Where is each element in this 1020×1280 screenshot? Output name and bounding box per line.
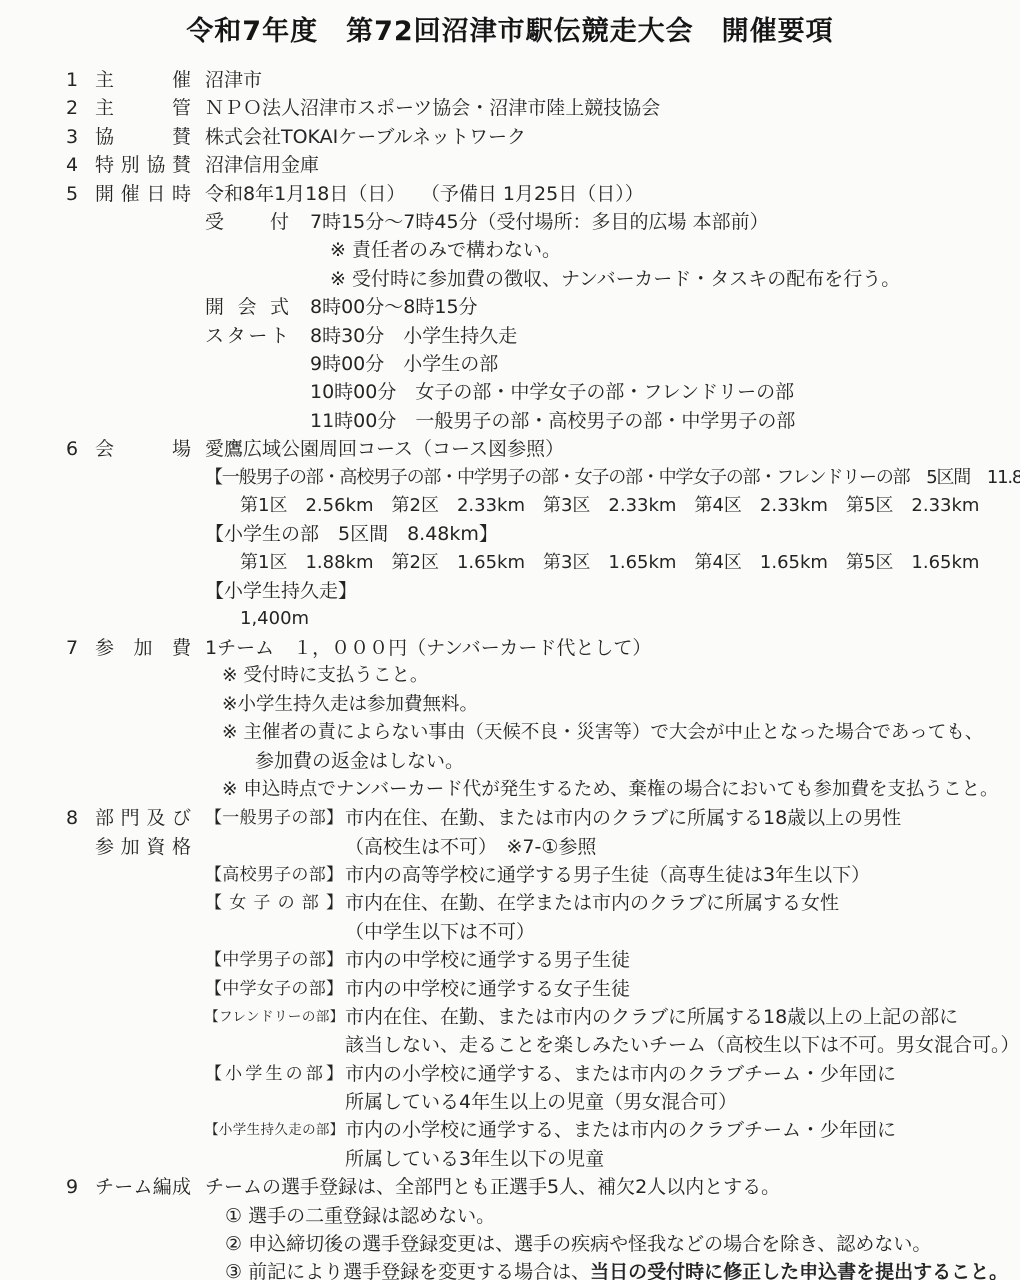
line-text: ※ 主催者の責によらない事由（天候不良・災害等）で大会が中止となった場合であって… (222, 722, 983, 743)
doc-line: 8部門及び【一般男子の部】市内在住、在勤、または市内のクラブに所属する18歳以上… (0, 804, 1020, 832)
line-text: 所属している4年生以上の児童（男女混合可） (345, 1091, 737, 1113)
line-text: 沼津市 (205, 69, 262, 91)
line-text: 8時30分 小学生持久走 (310, 325, 517, 347)
doc-line: 9チーム編成チームの選手登録は、全部門とも正選手5人、補欠2人以内とする。 (0, 1173, 1020, 1201)
line-text: 市内在住、在勤、または市内のクラブに所属する18歳以上の男性 (345, 807, 901, 829)
item-number: 4 (66, 151, 78, 179)
doc-line: 1主催沼津市 (0, 66, 1020, 94)
doc-line: 該当しない、走ることを楽しみたいチーム（高校生以下は不可。男女混合可。） (0, 1031, 1020, 1059)
doc-line: 10時00分 女子の部・中学女子の部・フレンドリーの部 (0, 378, 1020, 406)
line-text: 1チーム １，０００円（ナンバーカード代として） (205, 637, 651, 659)
line-text: ① 選手の二重登録は認めない。 (225, 1205, 495, 1227)
line-text: ③ 前記により選手登録を変更する場合は、 (225, 1261, 590, 1280)
line-text: ② 申込締切後の選手登録変更は、選手の疾病や怪我などの場合を除き、認めない。 (225, 1233, 931, 1255)
doc-line: 【小学生の部】市内の小学校に通学する、または市内のクラブチーム・少年団に (0, 1060, 1020, 1088)
line-text: （高校生は不可） ※7-①参照 (345, 836, 596, 858)
line-text: 【小学生持久走】 (205, 580, 357, 602)
doc-line: 【小学生持久走】 (0, 577, 1020, 605)
line-text: 愛鷹広域公園周回コース（コース図参照） (205, 438, 564, 460)
line-text: チームの選手登録は、全部門とも正選手5人、補欠2人以内とする。 (205, 1176, 780, 1198)
line-text: 7時15分～7時45分（受付場所：多目的広場 本部前） (310, 211, 769, 233)
item-label: 会場 (95, 435, 191, 463)
doc-line: 5開催日時令和8年1月18日（日） （予備日 1月25日（日）） (0, 180, 1020, 208)
doc-line: ※ 申込時点でナンバーカード代が発生するため、棄権の場合においても参加費を支払う… (0, 776, 1020, 804)
doc-line: 4特別協賛沼津信用金庫 (0, 151, 1020, 179)
item-label: 主催 (95, 66, 191, 94)
doc-line: 1,400m (0, 605, 1020, 633)
line-text: 市内の高等学校に通学する男子生徒（高専生徒は3年生以下） (345, 864, 870, 886)
item-number: 1 (66, 66, 78, 94)
line-text: 市内の中学校に通学する男子生徒 (345, 949, 630, 971)
doc-line: スタート8時30分 小学生持久走 (0, 322, 1020, 350)
doc-line: 7参加費1チーム １，０００円（ナンバーカード代として） (0, 634, 1020, 662)
sub-label: 開会式 (205, 293, 289, 321)
doc-line: ※ 受付時に参加費の徴収、ナンバーカード・タスキの配布を行う。 (0, 265, 1020, 293)
doc-line: 第1区 1.88km 第2区 1.65km 第3区 1.65km 第4区 1.6… (0, 549, 1020, 577)
doc-line: 2主管ＮＰＯ法人沼津市スポーツ協会・沼津市陸上競技協会 (0, 94, 1020, 122)
line-text: 参加費の返金はしない。 (255, 750, 464, 772)
item-label: 開催日時 (95, 180, 191, 208)
sub-label: スタート (205, 322, 289, 350)
document-page: 令和7年度 第72回沼津市駅伝競走大会 開催要項 1主催沼津市2主管ＮＰＯ法人沼… (0, 0, 1020, 1280)
doc-line: ※ 受付時に支払うこと。 (0, 662, 1020, 690)
doc-line: ① 選手の二重登録は認めない。 (0, 1202, 1020, 1230)
section-side-label: 参加資格 (95, 833, 191, 861)
doc-line: 【小学生の部 5区間 8.48km】 (0, 520, 1020, 548)
division-label: 【小学生の部】 (205, 1060, 343, 1088)
doc-line: 9時00分 小学生の部 (0, 350, 1020, 378)
division-label: 【中学男子の部】 (205, 946, 343, 974)
line-text: ※小学生持久走は参加費無料。 (222, 694, 478, 715)
line-text: 第1区 2.56km 第2区 2.33km 第3区 2.33km 第4区 2.3… (240, 495, 979, 516)
item-number: 2 (66, 94, 78, 122)
item-number: 7 (66, 634, 78, 662)
division-label: 【女子の部】 (205, 889, 343, 917)
line-text: 所属している3年生以下の児童 (345, 1148, 604, 1170)
doc-line: 6会場愛鷹広域公園周回コース（コース図参照） (0, 435, 1020, 463)
line-text: ※ 申込時点でナンバーカード代が発生するため、棄権の場合においても参加費を支払う… (222, 779, 999, 800)
doc-line: 【一般男子の部・高校男子の部・中学男子の部・女子の部・中学女子の部・フレンドリー… (0, 463, 1020, 491)
doc-line: （中学生以下は不可） (0, 918, 1020, 946)
line-text: 第1区 1.88km 第2区 1.65km 第3区 1.65km 第4区 1.6… (240, 552, 979, 573)
item-label: 主管 (95, 94, 191, 122)
doc-line: 開会式8時00分～8時15分 (0, 293, 1020, 321)
line-text: ※ 責任者のみで構わない。 (330, 239, 561, 261)
item-label: 協賛 (95, 123, 191, 151)
sub-label: 受付 (205, 208, 289, 236)
emphasized-text: 当日の受付時に修正した申込書を提出すること。 (590, 1261, 1008, 1280)
line-text: 市内在住、在勤、または市内のクラブに所属する18歳以上の上記の部に (345, 1006, 958, 1028)
item-number: 5 (66, 180, 78, 208)
doc-line: 【女子の部】市内在住、在勤、在学または市内のクラブに所属する女性 (0, 889, 1020, 917)
line-text: 該当しない、走ることを楽しみたいチーム（高校生以下は不可。男女混合可。） (345, 1034, 1020, 1056)
section-side-label: 部門及び (95, 804, 191, 832)
line-text: 市内の小学校に通学する、または市内のクラブチーム・少年団に (345, 1063, 896, 1085)
line-text: 株式会社TOKAIケーブルネットワーク (205, 126, 526, 148)
division-label: 【フレンドリーの部】 (205, 1003, 343, 1031)
line-text: 11時00分 一般男子の部・高校男子の部・中学男子の部 (310, 410, 795, 432)
doc-line: 参加費の返金はしない。 (0, 747, 1020, 775)
item-label: 参加費 (95, 634, 191, 662)
doc-line: 【フレンドリーの部】市内在住、在勤、または市内のクラブに所属する18歳以上の上記… (0, 1003, 1020, 1031)
doc-line: 受付7時15分～7時45分（受付場所：多目的広場 本部前） (0, 208, 1020, 236)
document-body: 1主催沼津市2主管ＮＰＯ法人沼津市スポーツ協会・沼津市陸上競技協会3協賛株式会社… (0, 66, 1020, 1280)
item-number: 3 (66, 123, 78, 151)
doc-line: 【中学男子の部】市内の中学校に通学する男子生徒 (0, 946, 1020, 974)
line-text: 1,400m (240, 608, 309, 629)
doc-line: ③ 前記により選手登録を変更する場合は、当日の受付時に修正した申込書を提出するこ… (0, 1258, 1020, 1280)
line-text: 市内の中学校に通学する女子生徒 (345, 978, 630, 1000)
line-text: 沼津信用金庫 (205, 154, 319, 176)
doc-line: 3協賛株式会社TOKAIケーブルネットワーク (0, 123, 1020, 151)
line-text: 市内の小学校に通学する、または市内のクラブチーム・少年団に (345, 1119, 896, 1141)
division-label: 【小学生持久走の部】 (205, 1116, 343, 1144)
doc-line: 参加資格（高校生は不可） ※7-①参照 (0, 833, 1020, 861)
item-number: 9 (66, 1173, 78, 1201)
document-title: 令和7年度 第72回沼津市駅伝競走大会 開催要項 (0, 0, 1020, 56)
doc-line: ② 申込締切後の選手登録変更は、選手の疾病や怪我などの場合を除き、認めない。 (0, 1230, 1020, 1258)
division-label: 【高校男子の部】 (205, 861, 343, 889)
doc-line: 11時00分 一般男子の部・高校男子の部・中学男子の部 (0, 407, 1020, 435)
line-text: ※ 受付時に支払うこと。 (222, 665, 428, 686)
doc-line: 第1区 2.56km 第2区 2.33km 第3区 2.33km 第4区 2.3… (0, 492, 1020, 520)
doc-line: 所属している4年生以上の児童（男女混合可） (0, 1088, 1020, 1116)
item-number: 8 (66, 804, 78, 832)
line-text: ※ 受付時に参加費の徴収、ナンバーカード・タスキの配布を行う。 (330, 268, 900, 290)
line-text: ＮＰＯ法人沼津市スポーツ協会・沼津市陸上競技協会 (205, 97, 660, 119)
doc-line: 【中学女子の部】市内の中学校に通学する女子生徒 (0, 975, 1020, 1003)
item-label: 特別協賛 (95, 151, 191, 179)
line-text: 9時00分 小学生の部 (310, 353, 498, 375)
line-text: 【小学生の部 5区間 8.48km】 (205, 523, 498, 545)
doc-line: 【高校男子の部】市内の高等学校に通学する男子生徒（高専生徒は3年生以下） (0, 861, 1020, 889)
doc-line: 所属している3年生以下の児童 (0, 1145, 1020, 1173)
doc-line: ※ 責任者のみで構わない。 (0, 236, 1020, 264)
doc-line: ※ 主催者の責によらない事由（天候不良・災害等）で大会が中止となった場合であって… (0, 719, 1020, 747)
line-text: （中学生以下は不可） (345, 921, 535, 943)
line-text: 【一般男子の部・高校男子の部・中学男子の部・女子の部・中学女子の部・フレンドリー… (205, 467, 1020, 488)
division-label: 【中学女子の部】 (205, 975, 343, 1003)
line-text: 10時00分 女子の部・中学女子の部・フレンドリーの部 (310, 381, 794, 403)
line-text: 8時00分～8時15分 (310, 296, 478, 318)
line-text: 令和8年1月18日（日） （予備日 1月25日（日）） (205, 183, 644, 205)
line-text: 市内在住、在勤、在学または市内のクラブに所属する女性 (345, 892, 839, 914)
division-label: 【一般男子の部】 (205, 804, 343, 832)
doc-line: 【小学生持久走の部】市内の小学校に通学する、または市内のクラブチーム・少年団に (0, 1116, 1020, 1144)
item-label: チーム編成 (95, 1173, 191, 1201)
item-number: 6 (66, 435, 78, 463)
doc-line: ※小学生持久走は参加費無料。 (0, 691, 1020, 719)
